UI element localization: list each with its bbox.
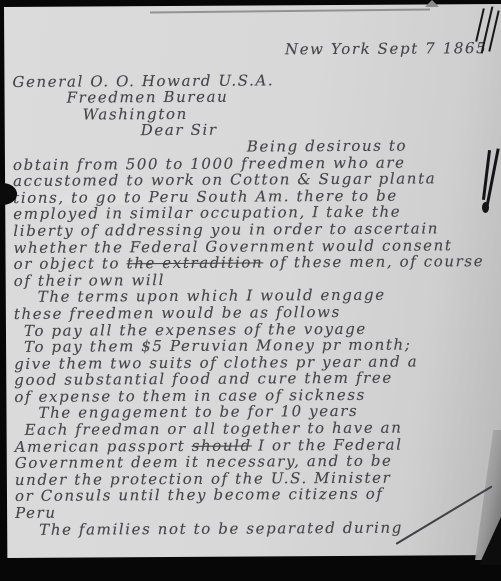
line-segment: Dear Sir xyxy=(141,121,218,139)
line-segment: should xyxy=(192,436,252,454)
manuscript-text: New York Sept 7 1865General O. O. Howard… xyxy=(10,40,501,538)
ink-speck xyxy=(482,202,489,213)
line-segment: or Consuls until they become citizens of xyxy=(15,485,384,505)
manuscript-line-body: or object to the extradition of these me… xyxy=(12,253,501,273)
scanned-letter-photo: { "letter": { "lines": [ { "role": "date… xyxy=(0,0,501,581)
line-segment: New York Sept 7 1865 xyxy=(285,39,487,58)
corner-hatch-marks xyxy=(471,4,501,68)
line-segment: the extradition xyxy=(126,254,263,273)
manuscript-line-dateline: New York Sept 7 1865 xyxy=(10,40,499,60)
line-segment: The families not to be separated during xyxy=(39,518,403,538)
manuscript-line-body: The families not to be separated during xyxy=(13,519,501,539)
right-edge-ink-marks xyxy=(479,148,501,220)
line-segment: of these men, of course xyxy=(263,252,484,271)
line-segment: Peru xyxy=(15,504,57,522)
manuscript-paper: New York Sept 7 1865General O. O. Howard… xyxy=(4,4,501,558)
